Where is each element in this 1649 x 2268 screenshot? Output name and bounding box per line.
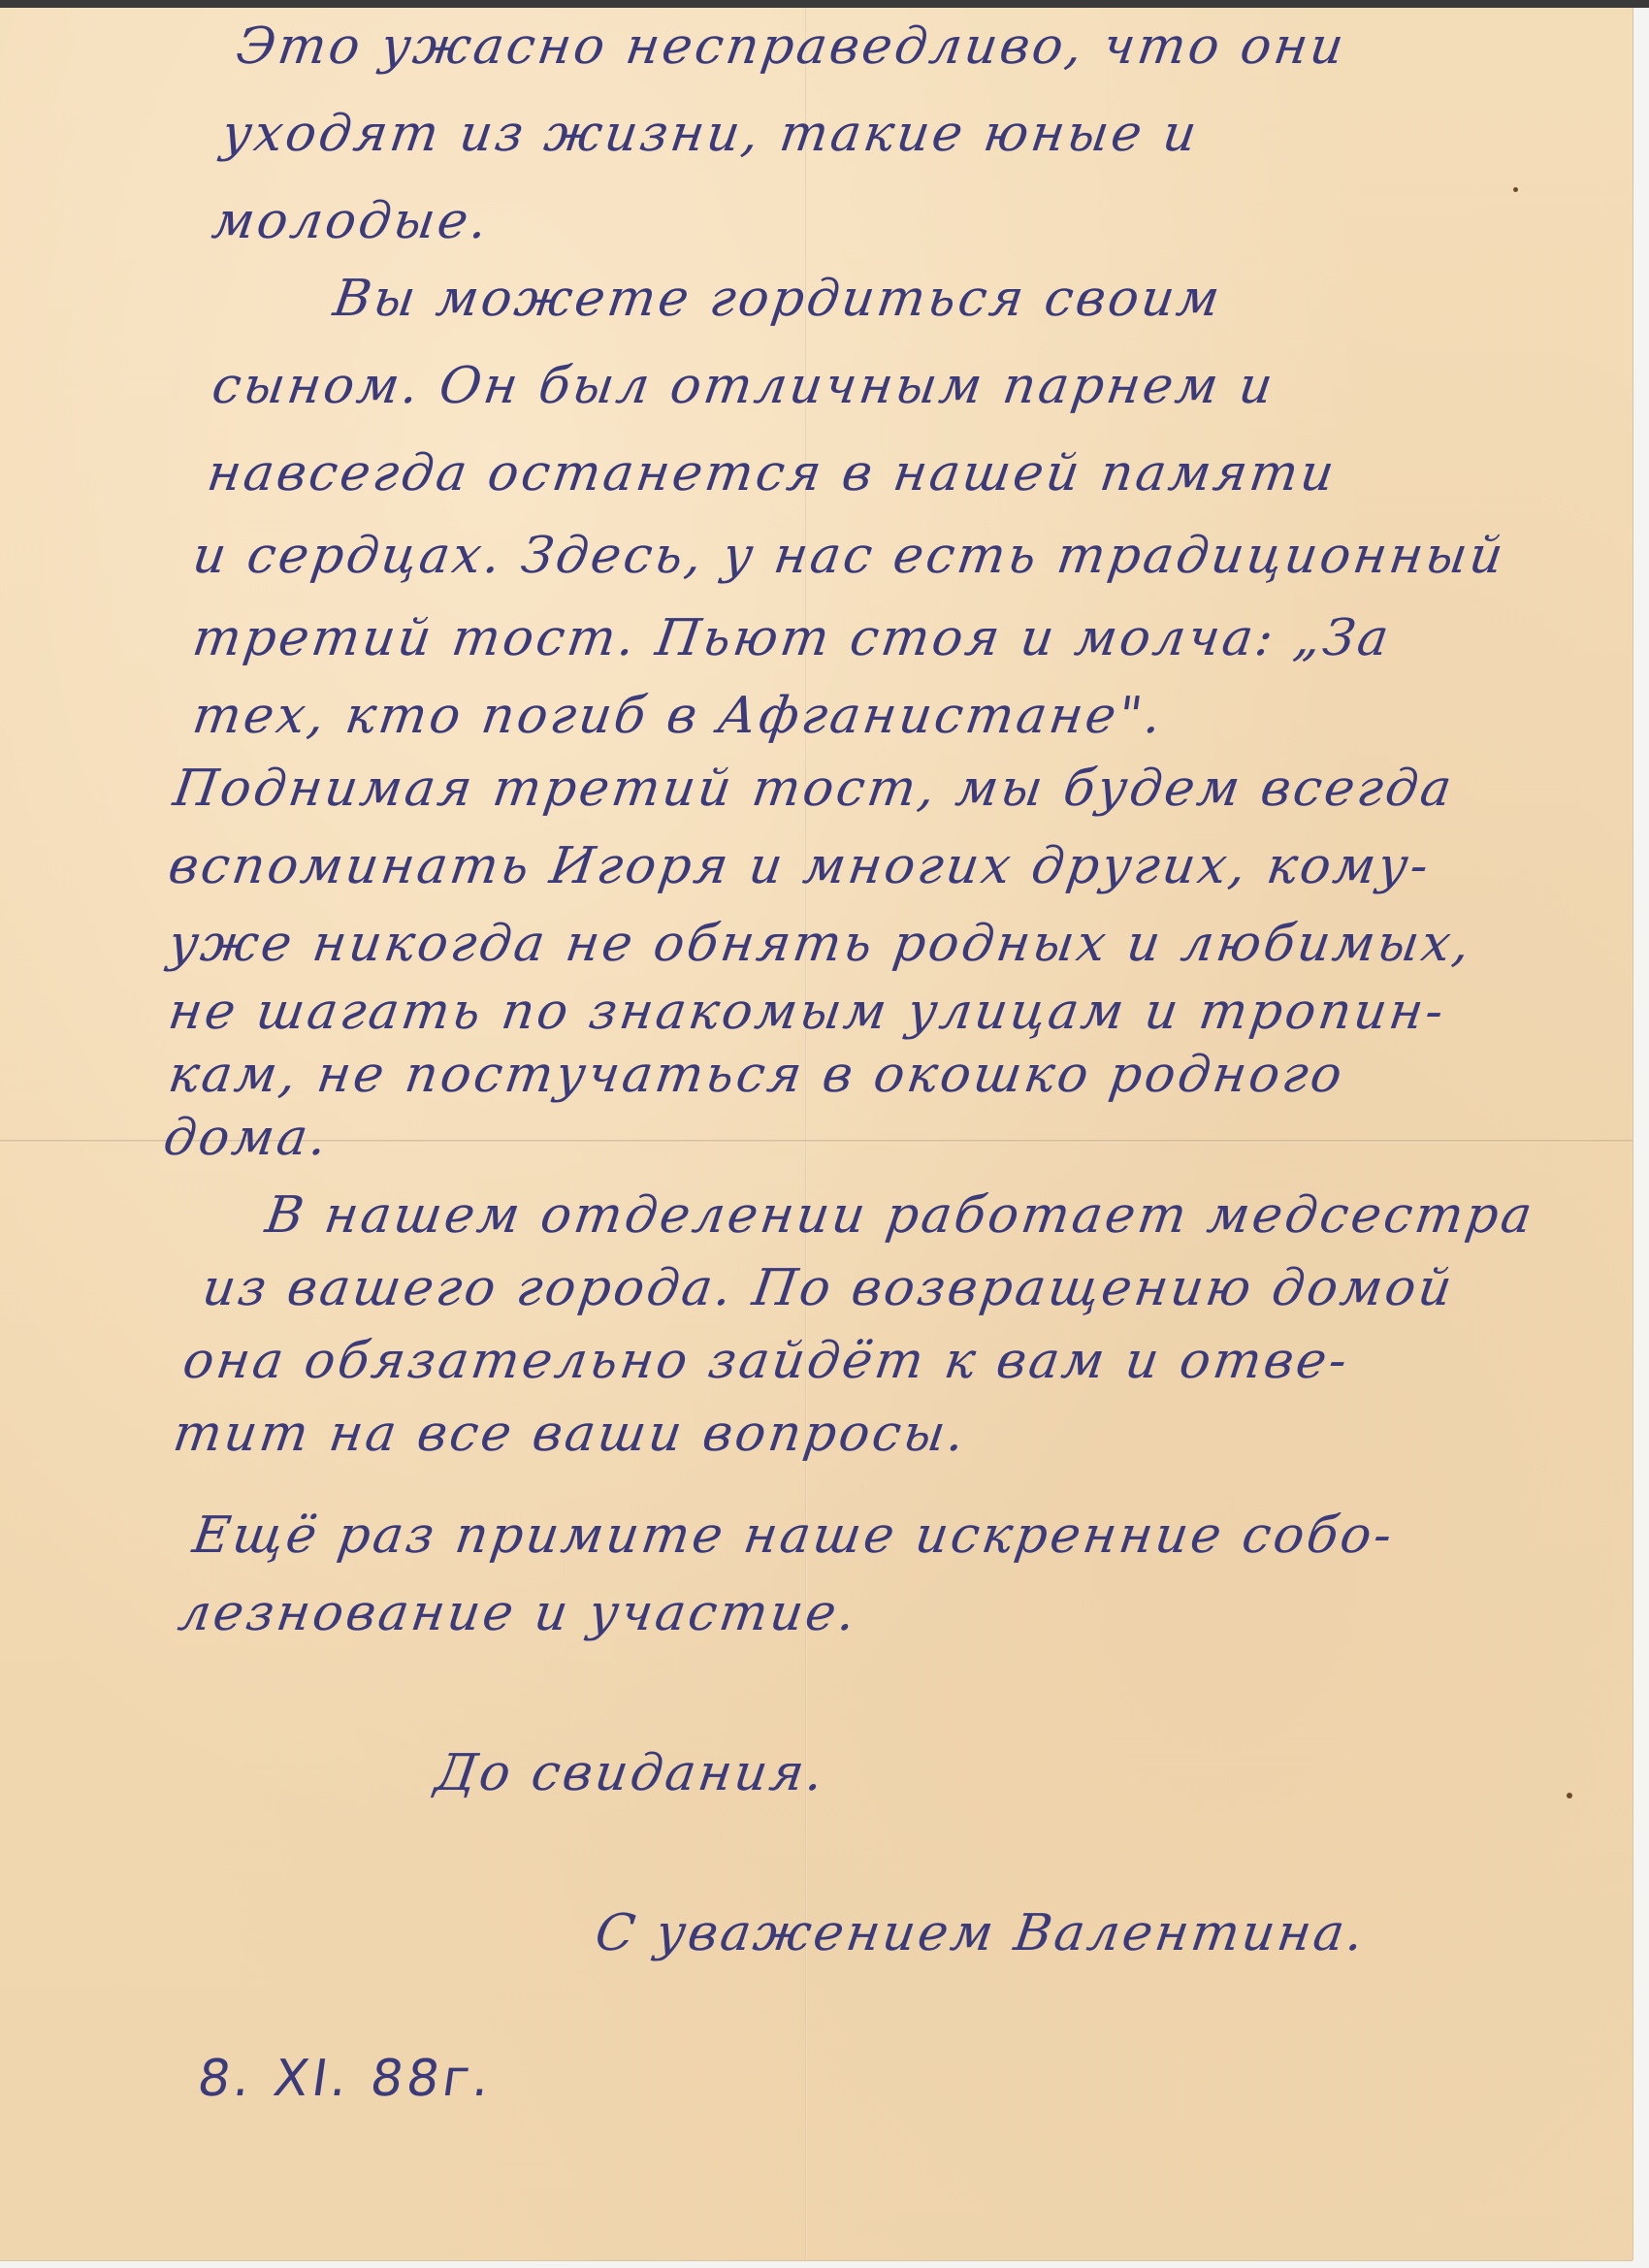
letter-line: и сердцах. Здесь, у нас есть традиционны… (189, 527, 1509, 585)
letter-line: Поднимая третий тост, мы будем всегда (170, 760, 1458, 818)
letter-line: не шагать по знакомым улицам и тропин- (165, 983, 1450, 1041)
letter-line: она обязательно зайдёт к вам и отве- (179, 1332, 1353, 1390)
letter-line: уходят из жизни, такие юные и (218, 105, 1203, 163)
letter-line: молодые. (209, 192, 494, 250)
letter-line: Это ужасно несправедливо, что они (233, 17, 1350, 76)
farewell-text: До свидания. (432, 1744, 829, 1802)
letter-line: тит на все ваши вопросы. (170, 1405, 971, 1463)
letter-line: Ещё раз примите наше искренние собо- (189, 1507, 1398, 1565)
letter-line: вспоминать Игоря и многих других, кому- (165, 837, 1435, 895)
signature-text: С уважением Валентина. (592, 1904, 1370, 1962)
letter-line: В нашем отделении работает медсестра (262, 1186, 1538, 1245)
letter-line: уже никогда не обнять родных и любимых, (165, 915, 1476, 973)
letter-line: из вашего города. По возвращению домой (199, 1259, 1458, 1317)
ink-spot (1567, 1793, 1572, 1798)
letter-date: 8. XI. 88г. (194, 2050, 498, 2108)
letter-page: Это ужасно несправедливо, что они уходят… (0, 8, 1633, 2260)
scan-top-edge (0, 0, 1649, 8)
letter-line: сыном. Он был отличным парнем и (209, 357, 1279, 415)
letter-line: Вы можете гордиться своим (330, 270, 1226, 328)
ink-spot (1513, 187, 1518, 192)
letter-line: навсегда останется в нашей памяти (204, 444, 1341, 502)
letter-line: кам, не постучаться в окошко родного (165, 1046, 1348, 1104)
letter-line: третий тост. Пьют стоя и молча: „За (189, 609, 1395, 667)
letter-line: лезнование и участие. (175, 1584, 861, 1642)
letter-line: дома. (160, 1109, 333, 1167)
letter-line: тех, кто погиб в Афганистане". (189, 687, 1168, 745)
